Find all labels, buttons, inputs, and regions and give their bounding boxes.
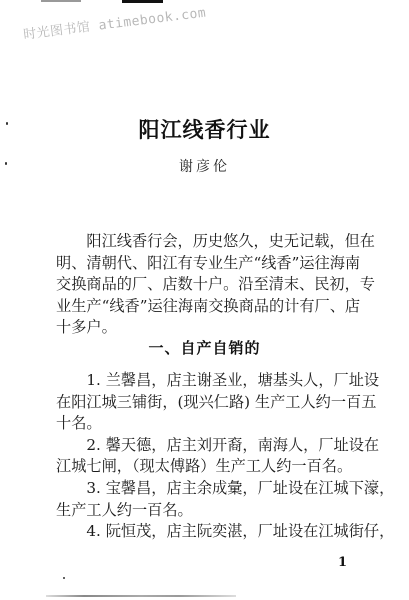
article-title: 阳江线香行业 (0, 114, 409, 144)
text-line: 明、清朝代、阳江有专业生产“线香”运往海南 (56, 253, 356, 275)
text-line: 业生产“线香”运往海南交换商品的计有厂、店 (56, 296, 356, 318)
list-line: 3. 宝馨昌，店主余成彙，厂址设在江城下濠， (56, 478, 356, 500)
article-author: 谢彦伦 (0, 156, 409, 176)
intro-paragraph: 阳江线香行会，历史悠久，史无记载，但在 明、清朝代、阳江有专业生产“线香”运往海… (56, 231, 356, 339)
list-line: 江城七闸，（现太傅路）生产工人约一百名。 (56, 456, 356, 478)
scan-edge-mark (41, 0, 81, 2)
list-line: 2. 馨天德，店主刘开裔，南海人，厂址设在 (56, 435, 356, 457)
text-line: 阳江线香行会，历史悠久，史无记载，但在 (56, 231, 356, 253)
list-line: 1. 兰馨昌，店主谢圣业，塘基头人，厂址设 (56, 370, 356, 392)
text-line: 十多户。 (56, 317, 356, 339)
scan-edge-line (46, 595, 236, 597)
list-line: 生产工人约一百名。 (56, 500, 356, 522)
shop-list: 1. 兰馨昌，店主谢圣业，塘基头人，厂址设 在阳江城三铺街，(现兴仁路) 生产工… (56, 370, 356, 543)
text-line: 交换商品的厂、店数十户。沿至清末、民初，专 (56, 274, 356, 296)
section-heading: 一、自产自销的 (0, 337, 409, 358)
watermark: 时光图书馆 atimebook.com (22, 2, 207, 43)
scan-edge-mark (122, 0, 163, 3)
page-number: 1 (338, 555, 347, 570)
list-line: 十名。 (56, 413, 356, 435)
scan-speck (63, 577, 65, 579)
list-line: 4. 阮恒茂，店主阮奕湛，厂址设在江城街仔， (56, 521, 356, 543)
list-line: 在阳江城三铺街，(现兴仁路) 生产工人约一百五 (56, 392, 356, 414)
